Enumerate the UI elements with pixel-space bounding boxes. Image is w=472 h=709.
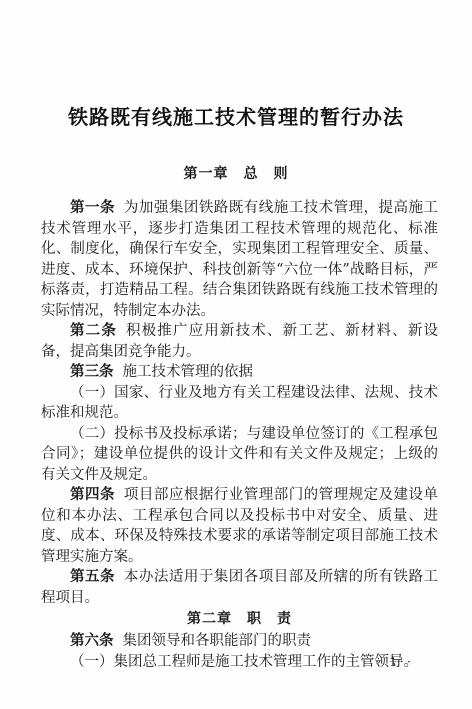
paragraph-text: （二）投标书及投标承诺；与建设单位签订的《工程承包合同》；建设单位提供的设计文件… [41, 426, 438, 483]
paragraph-text: （一）国家、行业及地方有关工程建设法律、法规、技术标准和规范。 [41, 385, 438, 422]
paragraph: 第四条项目部应根据行业管理部门的管理规定及建设单位和本办法、工程承包合同以及投标… [41, 485, 438, 567]
paragraph: 第三条施工技术管理的依据 [41, 362, 438, 383]
paragraph: 第二条积极推广应用新技术、新工艺、新材料、新设备，提高集团竞争能力。 [41, 321, 438, 362]
page-number: · 1 · [375, 654, 414, 669]
document-title: 铁路既有线施工技术管理的暂行办法 [0, 13, 472, 129]
paragraph: （二）投标书及投标承诺；与建设单位签订的《工程承包合同》；建设单位提供的设计文件… [41, 424, 438, 486]
paragraph-text: 为加强集团铁路既有线施工技术管理，提高施工技术管理水平，逐步打造集团工程技术管理… [41, 200, 438, 319]
article-number: 第六条 [70, 632, 114, 649]
paragraph-text: （一）集团总工程师是施工技术管理工作的主管领导。 [70, 654, 418, 670]
chapter-1-heading: 第一章 总 则 [0, 166, 472, 183]
document-body: 第一条为加强集团铁路既有线施工技术管理，提高施工技术管理水平，逐步打造集团工程技… [41, 198, 438, 672]
article-number: 第二条 [70, 322, 117, 339]
article-number: 第四条 [70, 486, 115, 503]
document-page: 铁路既有线施工技术管理的暂行办法 第一章 总 则 第一条为加强集团铁路既有线施工… [0, 0, 472, 709]
paragraph: 第五条本办法适用于集团各项目部及所辖的所有铁路工程项目。 [41, 567, 438, 608]
chapter-2-heading: 第二章 职 责 [41, 611, 438, 628]
article-number: 第五条 [70, 568, 115, 585]
paragraph-text: 施工技术管理的依据 [122, 364, 253, 380]
paragraph: 第六条集团领导和各职能部门的职责 [41, 631, 438, 652]
paragraph: 第一条为加强集团铁路既有线施工技术管理，提高施工技术管理水平，逐步打造集团工程技… [41, 198, 438, 321]
paragraph-text: 集团领导和各职能部门的职责 [122, 633, 311, 649]
article-number: 第一条 [70, 199, 115, 216]
paragraph: （一）国家、行业及地方有关工程建设法律、法规、技术标准和规范。 [41, 383, 438, 424]
article-number: 第三条 [70, 363, 114, 380]
